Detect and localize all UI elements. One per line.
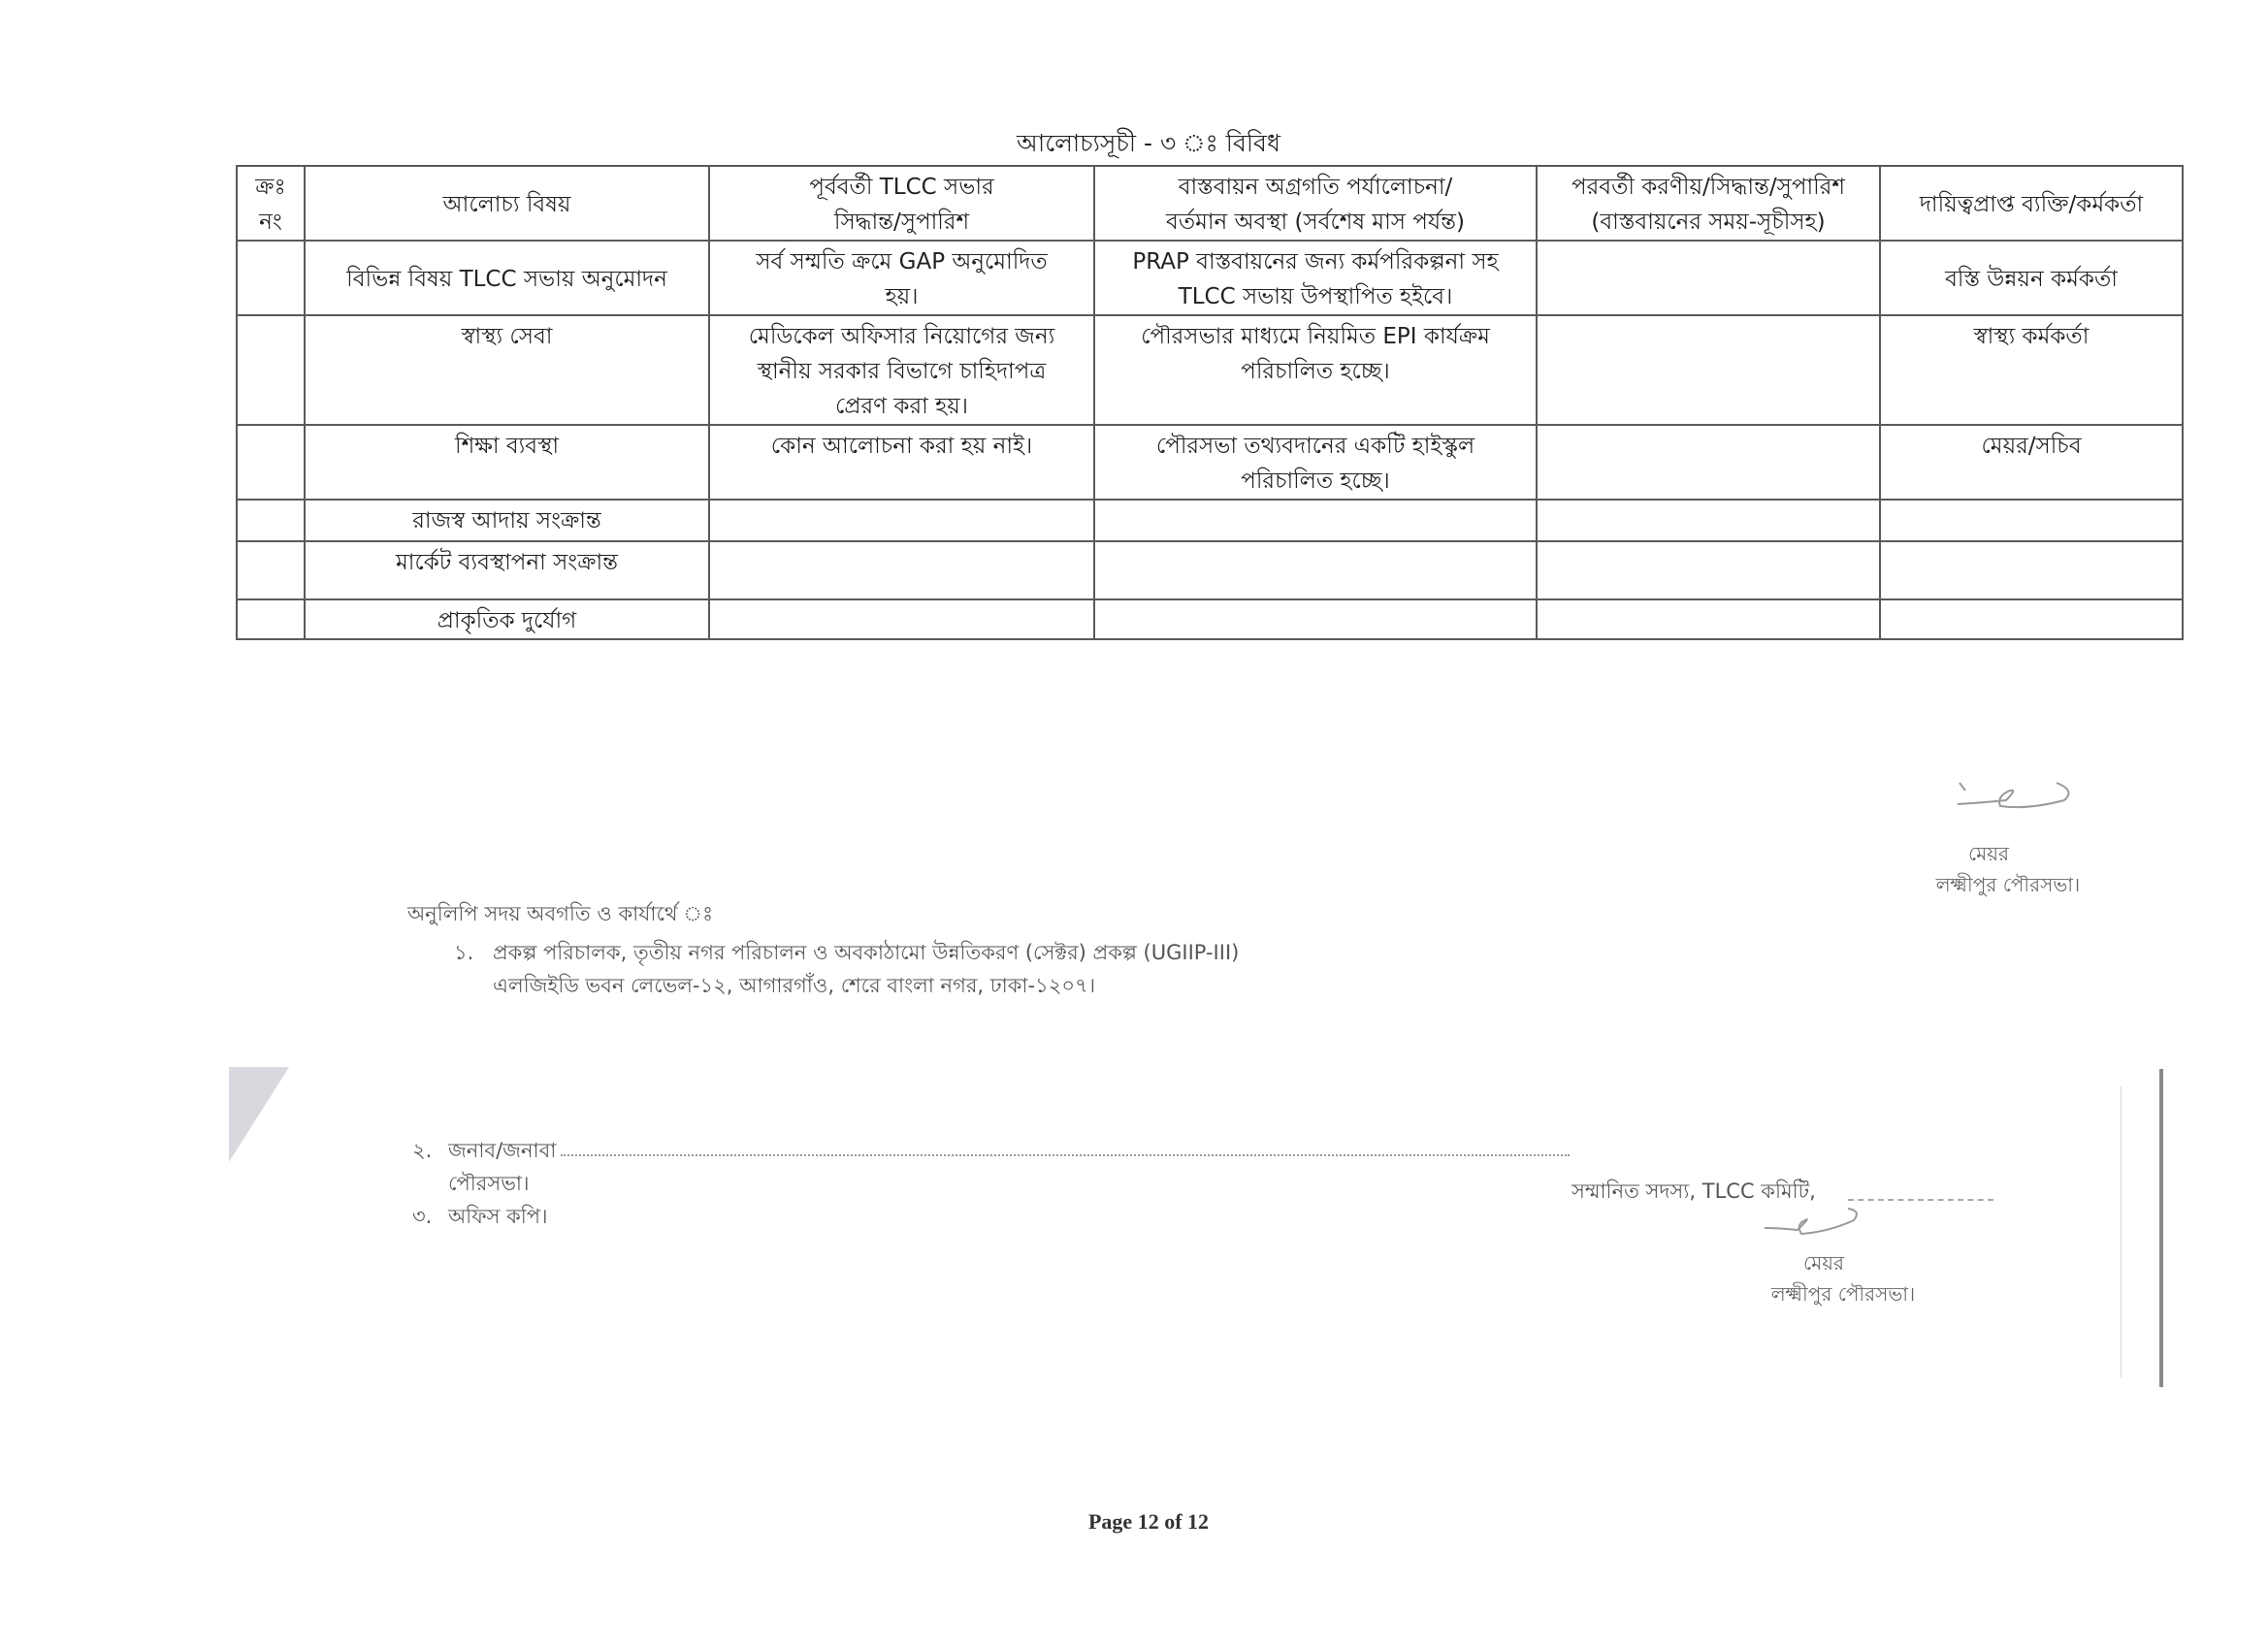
signature-mark-2	[1761, 1203, 1887, 1251]
cell-previous	[709, 500, 1094, 541]
cell-responsible	[1880, 599, 2183, 639]
header-progress: বাস্তবায়ন অগ্রগতি পর্যালোচনা/বর্তমান অব…	[1094, 166, 1537, 241]
header-serial: ক্রঃনং	[237, 166, 305, 241]
table-header-row: ক্রঃনং আলোচ্য বিষয় পূর্ববর্তী TLCC সভার…	[237, 166, 2183, 241]
scan-shadow	[229, 1067, 289, 1162]
copy-item-3-number: ৩.	[412, 1201, 432, 1235]
cell-next	[1537, 500, 1880, 541]
cell-serial	[237, 599, 305, 639]
cell-progress: পৌরসভা তথ্যবদানের একটি হাইস্কুলপরিচালিত …	[1094, 425, 1537, 500]
copy-item-2-number: ২.	[412, 1135, 432, 1169]
page-number: Page 12 of 12	[0, 1509, 2268, 1535]
table-row: মার্কেট ব্যবস্থাপনা সংক্রান্ত	[237, 541, 2183, 599]
copy-item-1-line1: প্রকল্প পরিচালক, তৃতীয় নগর পরিচালন ও অব…	[493, 937, 1239, 971]
signature-1-title: মেয়র	[1892, 840, 2086, 872]
scan-edge	[2159, 1069, 2163, 1387]
signature-2-org: লক্ষ্মীপুর পৌরসভা।	[1727, 1280, 1960, 1312]
header-topic: আলোচ্য বিষয়	[305, 166, 709, 241]
table-row: স্বাস্থ্য সেবা মেডিকেল অফিসার নিয়োগের জ…	[237, 315, 2183, 425]
cell-progress: PRAP বাস্তবায়নের জন্য কর্মপরিকল্পনা সহT…	[1094, 241, 1537, 315]
table-row: বিভিন্ন বিষয় TLCC সভায় অনুমোদন সর্ব সম…	[237, 241, 2183, 315]
cell-previous: কোন আলোচনা করা হয় নাই।	[709, 425, 1094, 500]
header-previous-decision: পূর্ববর্তী TLCC সভারসিদ্ধান্ত/সুপারিশ	[709, 166, 1094, 241]
cell-progress	[1094, 599, 1537, 639]
cell-next	[1537, 541, 1880, 599]
copy-item-2-line2: পৌরসভা।	[448, 1168, 529, 1202]
cell-progress	[1094, 500, 1537, 541]
cell-previous: সর্ব সম্মতি ক্রমে GAP অনুমোদিতহয়।	[709, 241, 1094, 315]
cell-previous	[709, 541, 1094, 599]
cell-previous: মেডিকেল অফিসার নিয়োগের জন্যস্থানীয় সরক…	[709, 315, 1094, 425]
cell-serial	[237, 500, 305, 541]
copy-item-1-line2: এলজিইডি ভবন লেভেল-১২, আগারগাঁও, শেরে বাং…	[493, 970, 1095, 1004]
header-next-action: পরবর্তী করণীয়/সিদ্ধান্ত/সুপারিশ(বাস্তবা…	[1537, 166, 1880, 241]
cell-topic: বিভিন্ন বিষয় TLCC সভায় অনুমোদন	[305, 241, 709, 315]
cell-next	[1537, 241, 1880, 315]
cell-responsible: স্বাস্থ্য কর্মকর্তা	[1880, 315, 2183, 425]
cell-topic: মার্কেট ব্যবস্থাপনা সংক্রান্ত	[305, 541, 709, 599]
cell-next	[1537, 425, 1880, 500]
copy-item-1-number: ১.	[454, 937, 473, 971]
agenda-table: ক্রঃনং আলোচ্য বিষয় পূর্ববর্তী TLCC সভার…	[236, 165, 2184, 640]
name-fill-line	[561, 1154, 1570, 1156]
cell-serial	[237, 241, 305, 315]
signature-1-org: লক্ষ্মীপুর পৌরসভা।	[1892, 871, 2124, 903]
cell-responsible	[1880, 541, 2183, 599]
signature-2-title: মেয়র	[1727, 1249, 1921, 1281]
cell-responsible: মেয়র/সচিব	[1880, 425, 2183, 500]
cell-serial	[237, 315, 305, 425]
agenda-title: আলোচ্যসূচী - ৩ ঃ বিবিধ	[0, 124, 2268, 166]
copy-to-heading: অনুলিপি সদয় অবগতি ও কার্যার্থে ঃ	[407, 898, 713, 932]
cell-responsible	[1880, 500, 2183, 541]
cell-next	[1537, 599, 1880, 639]
cell-topic: রাজস্ব আদায় সংক্রান্ত	[305, 500, 709, 541]
header-responsible: দায়িত্বপ্রাপ্ত ব্যক্তি/কর্মকর্তা	[1880, 166, 2183, 241]
copy-item-3-line1: অফিস কপি।	[448, 1201, 548, 1235]
table-row: শিক্ষা ব্যবস্থা কোন আলোচনা করা হয় নাই। …	[237, 425, 2183, 500]
cell-serial	[237, 541, 305, 599]
cell-topic: শিক্ষা ব্যবস্থা	[305, 425, 709, 500]
table-row: প্রাকৃতিক দুর্যোগ	[237, 599, 2183, 639]
cell-serial	[237, 425, 305, 500]
cell-next	[1537, 315, 1880, 425]
cell-topic: প্রাকৃতিক দুর্যোগ	[305, 599, 709, 639]
signature-mark	[1950, 771, 2086, 820]
cell-progress	[1094, 541, 1537, 599]
cell-previous	[709, 599, 1094, 639]
cell-progress: পৌরসভার মাধ্যমে নিয়মিত EPI কার্যক্রমপরি…	[1094, 315, 1537, 425]
cell-responsible: বস্তি উন্নয়ন কর্মকর্তা	[1880, 241, 2183, 315]
dashed-line	[1848, 1199, 1993, 1201]
scan-edge-faint	[2121, 1086, 2122, 1377]
table-row: রাজস্ব আদায় সংক্রান্ত	[237, 500, 2183, 541]
copy-item-2-line1: জনাব/জনাবা	[448, 1135, 556, 1169]
cell-topic: স্বাস্থ্য সেবা	[305, 315, 709, 425]
